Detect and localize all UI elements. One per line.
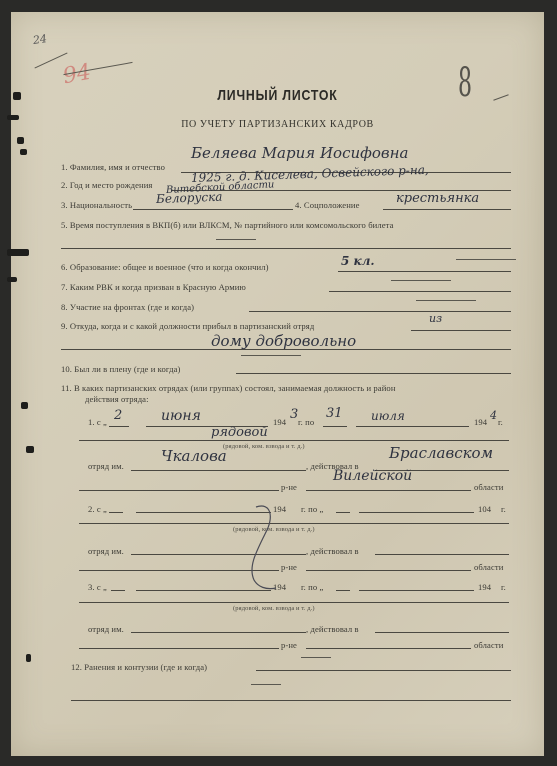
det2-year-suffix: г. по „: [301, 504, 323, 514]
det3-acted-label: , действовал в: [306, 624, 359, 634]
det1-from-prefix: 1. с „: [88, 417, 107, 427]
field-12-line2: [71, 700, 511, 701]
det1-district-line2: [79, 490, 279, 491]
binding-hole: [20, 149, 27, 155]
det2-year-to-prefix: 104: [478, 504, 491, 514]
det2-from-prefix: 2. с „: [88, 504, 107, 514]
det1-position-line: [79, 440, 509, 441]
det1-district: Браславском: [389, 444, 493, 462]
det1-detachment-label: отряд им.: [88, 461, 124, 471]
det1-month-to-line: [356, 426, 469, 427]
binding-hole: [17, 137, 24, 144]
field-9-label: 9. Откуда, когда и с какой должности при…: [61, 321, 314, 331]
field-5-dash: [216, 239, 256, 240]
field-11-label-line1: 11. В каких партизанских отрядах (или гр…: [61, 383, 396, 393]
field-6-dash: [456, 259, 516, 260]
det1-year-to-prefix: 194: [474, 417, 487, 427]
binding-hole: [26, 446, 34, 453]
det2-detachment-label: отряд им.: [88, 546, 124, 556]
field-4-line: [383, 209, 511, 210]
field-10-line: [236, 373, 511, 374]
det1-region: Вилейской: [333, 468, 412, 484]
field-5-label: 5. Время поступления в ВКП(б) или ВЛКСМ,…: [61, 220, 394, 230]
field-8-label: 8. Участие на фронтах (где и когда): [61, 302, 194, 312]
field-8-line: [249, 311, 511, 312]
det2-year-to-suffix: г.: [501, 504, 506, 514]
det3-day-line: [111, 590, 125, 591]
det1-detachment-name: Чкалова: [161, 447, 227, 465]
det2-district-line: [375, 554, 509, 555]
det3-month-to-line: [359, 590, 474, 591]
det2-region-label: области: [474, 562, 503, 572]
field-3-value: Белоруска: [156, 190, 223, 206]
det3-region-line: [306, 648, 471, 649]
field-1-value: Беляева Мария Иосифовна: [191, 144, 408, 162]
det1-year-prefix: 194: [273, 417, 286, 427]
det3-year-to-suffix: г.: [501, 582, 506, 592]
document-subtitle: ПО УЧЕТУ ПАРТИЗАНСКИХ КАДРОВ: [11, 119, 544, 130]
det1-year-to-suffix: г.: [498, 417, 503, 427]
field-8-dash: [416, 300, 476, 301]
det3-district-label: р-не: [281, 640, 297, 650]
det3-year-to-prefix: 194: [478, 582, 491, 592]
field-6-label: 6. Образование: общее и военное (что и к…: [61, 262, 269, 272]
field-9-line: [411, 330, 511, 331]
det1-day-from: 2: [114, 408, 122, 423]
det1-district-label: р-не: [281, 482, 297, 492]
det2-month-to-line: [359, 512, 474, 513]
det1-position: рядовой: [211, 425, 268, 440]
det1-region-line: [306, 490, 471, 491]
det1-region-label: области: [474, 482, 503, 492]
field-4-value: крестьянка: [396, 191, 479, 206]
binding-hole: [7, 277, 17, 282]
field-4-label: 4. Соцположение: [295, 200, 360, 210]
det1-day-line: [109, 426, 129, 427]
det1-day-to-line: [323, 426, 347, 427]
det3-from-prefix: 3. с „: [88, 582, 107, 592]
field-7-dash: [391, 280, 451, 281]
det1-day-to: 31: [326, 406, 343, 421]
field-12-label: 12. Ранения и контузии (где и когда): [71, 662, 207, 672]
field-2-label: 2. Год и место рождения: [61, 180, 152, 190]
field-7-label: 7. Каким РВК и когда призван в Красную А…: [61, 282, 246, 292]
field-6-value: 5 кл.: [341, 254, 375, 268]
det1-position-hint: (рядовой, ком. взвода и т. д.): [223, 443, 305, 450]
det1-month-to: июля: [371, 409, 405, 423]
archive-number-note: 24: [32, 32, 48, 47]
det3-detachment-line: [131, 632, 306, 633]
field-12-line: [256, 670, 511, 671]
field-7-line: [329, 291, 511, 292]
det3-district-line2: [79, 648, 279, 649]
det2-acted-label: , действовал в: [306, 546, 359, 556]
field-11-label-line2: действия отряда:: [85, 394, 149, 404]
det1-year-suffix: г. по: [298, 417, 314, 427]
binding-hole: [7, 249, 29, 256]
binding-hole: [21, 402, 28, 409]
det3-day-to-line: [336, 590, 350, 591]
field-3-label: 3. Национальность: [61, 200, 132, 210]
field-9-value-line2: дому добровольно: [211, 332, 356, 350]
document-title: ЛИЧНЫЙ ЛИСТОК: [59, 87, 496, 104]
det3-position-line: [79, 602, 509, 603]
field-12-dash2: [251, 684, 281, 685]
field-5-line: [61, 248, 511, 249]
field-10-label: 10. Был ли в плену (где и когда): [61, 364, 180, 374]
det2-day-to-line: [336, 512, 350, 513]
det1-month-from: июня: [161, 408, 201, 424]
z-strike-mark: [236, 502, 296, 592]
field-3-line: [133, 209, 293, 210]
det3-region-label: области: [474, 640, 503, 650]
det1-year-to: 4: [490, 409, 497, 422]
document-sheet: 24 94 8 ЛИЧНЫЙ ЛИСТОК ПО УЧЕТУ ПАРТИЗАНС…: [11, 12, 544, 756]
binding-hole: [26, 654, 31, 662]
field-10-dash: [241, 355, 301, 356]
field-12-dash: [301, 657, 331, 658]
det2-day-line: [109, 512, 123, 513]
field-1-label: 1. Фамилия, имя и отчество: [61, 162, 165, 172]
det1-detachment-line: [131, 470, 306, 471]
binding-hole: [13, 92, 21, 100]
field-9-value-line1: из: [429, 312, 442, 325]
det3-position-hint: (рядовой, ком. взвода и т. д.): [233, 605, 315, 612]
det3-detachment-label: отряд им.: [88, 624, 124, 634]
det3-year-suffix: г. по „: [301, 582, 323, 592]
field-6-line: [338, 271, 511, 272]
det3-district-line: [375, 632, 509, 633]
det2-region-line: [306, 570, 471, 571]
